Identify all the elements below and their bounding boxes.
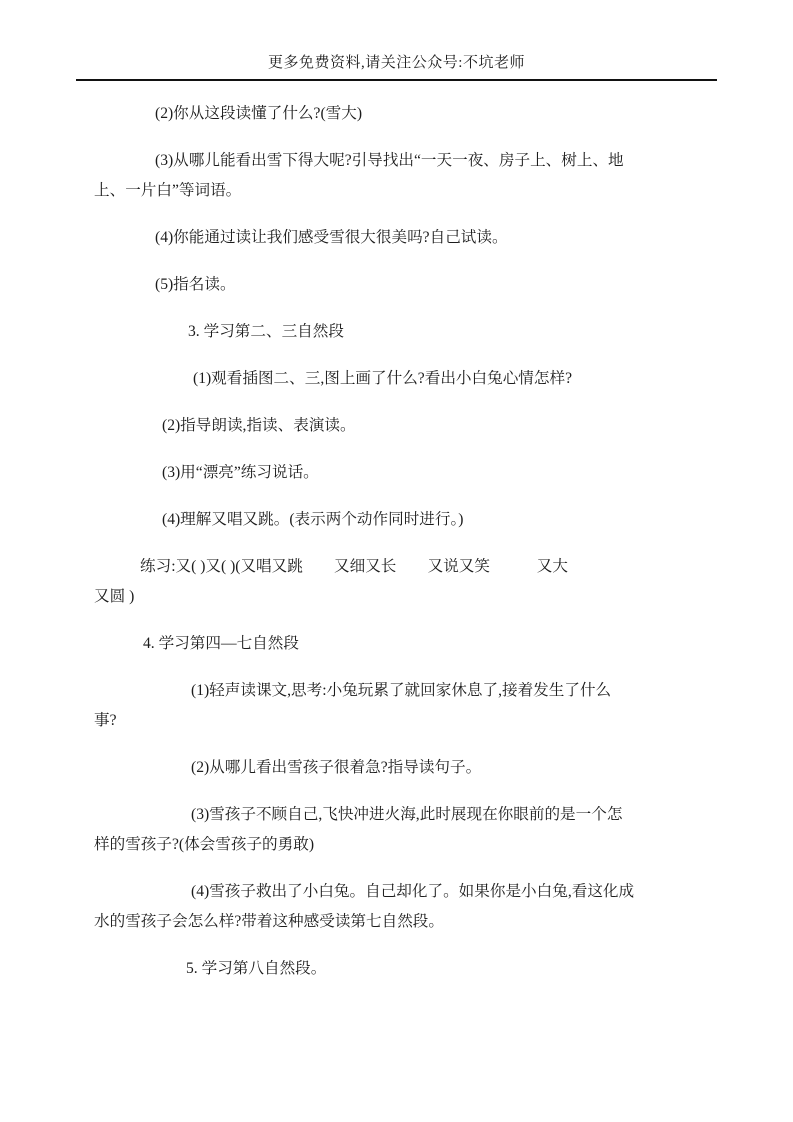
paragraph: (2)指导朗读,指读、表演读。 (94, 411, 676, 441)
paragraph: (3)用“漂亮”练习说话。 (94, 458, 676, 488)
paragraph: (3)雪孩子不顾自己,飞快冲进火海,此时展现在你眼前的是一个怎 样的雪孩子?(体… (94, 800, 676, 860)
paragraph: (3)从哪儿能看出雪下得大呢?引导找出“一天一夜、房子上、树上、地 上、一片白”… (94, 146, 676, 206)
paragraph: (2)从哪儿看出雪孩子很着急?指导读句子。 (94, 753, 676, 783)
paragraph: 4. 学习第四—七自然段 (94, 629, 676, 659)
paragraph: 练习:又( )又( )(又唱又跳 又细又长 又说又笑 又大 又圆 ) (94, 552, 676, 612)
paragraph: (1)观看插图二、三,图上画了什么?看出小白兔心情怎样? (94, 364, 676, 394)
paragraph: (4)理解又唱又跳。(表示两个动作同时进行。) (94, 505, 676, 535)
paragraph: (4)你能通过读让我们感受雪很大很美吗?自己试读。 (94, 223, 676, 253)
paragraph: 3. 学习第二、三自然段 (94, 317, 676, 347)
paragraph: (2)你从这段读懂了什么?(雪大) (94, 99, 676, 129)
header-note: 更多免费资料,请关注公众号:不坑老师 (76, 54, 717, 73)
paragraph: (1)轻声读课文,思考:小兔玩累了就回家休息了,接着发生了什么 事? (94, 676, 676, 736)
paragraph: (4)雪孩子救出了小白兔。自己却化了。如果你是小白兔,看这化成 水的雪孩子会怎么… (94, 877, 676, 937)
paragraph: (5)指名读。 (94, 270, 676, 300)
document-body: (2)你从这段读懂了什么?(雪大) (3)从哪儿能看出雪下得大呢?引导找出“一天… (0, 81, 793, 984)
header: 更多免费资料,请关注公众号:不坑老师 (76, 54, 717, 81)
paragraph: 5. 学习第八自然段。 (94, 954, 676, 984)
